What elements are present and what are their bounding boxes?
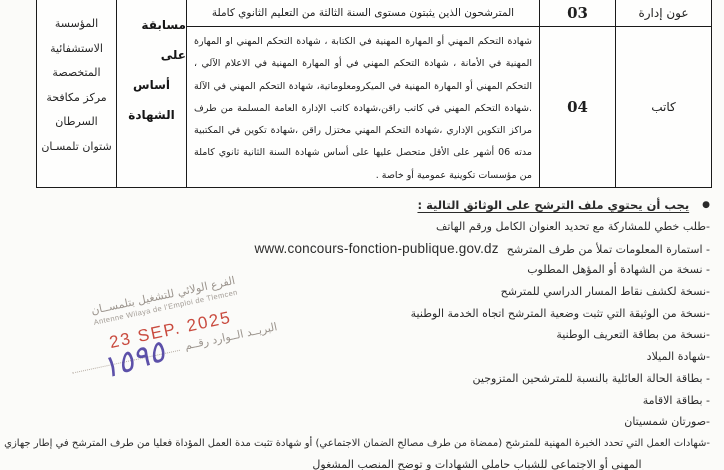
institution-line: شتوان تلمسـان <box>41 135 111 160</box>
requirements-row2: شهادة التحكم المهني أو المهارة المهنية ف… <box>187 27 539 187</box>
bullet-icon: ● <box>702 194 710 216</box>
column-competition-basis: مسابقة على أساس الشهادة <box>116 0 186 187</box>
doc-item-work-certificates: -شهادات العمل التي تحدد الخبرة المهنية ل… <box>14 433 710 455</box>
registration-url: www.concours-fonction-publique.gov.dz <box>254 238 498 260</box>
basis-line: مسابقة على <box>117 10 186 70</box>
requirement-line: التحكم المهني أو المهارة المهنية في المي… <box>194 76 532 98</box>
doc-item-photos: -صورتان شمسيتان <box>14 411 710 433</box>
institution-line: السرطان <box>55 110 97 135</box>
column-post-count: 03 04 <box>539 0 615 187</box>
institution-line: الاستشفائية <box>50 37 103 62</box>
doc-item-residence-card: - بطاقة الاقامة <box>14 390 710 412</box>
post-count-row1: 03 <box>540 0 615 27</box>
column-job-title: عون إدارة كاتب <box>615 0 711 187</box>
basis-line: الشهادة <box>128 100 175 130</box>
scanned-announcement-page: عون إدارة كاتب 03 04 المترشحون الذين يثب… <box>0 0 724 470</box>
doc-item-information-form: - استمارة المعلومات تملأ من طرف المترشح … <box>14 238 710 260</box>
requirements-row1: المترشحون الذين يثبتون مستوى السنة الثال… <box>187 0 539 27</box>
documents-heading: يجب أن يحتوي ملف الترشح على الوثائق التا… <box>417 194 689 216</box>
institution-line: المتخصصة <box>52 61 100 86</box>
doc-item-transcript-copy: -نسخة لكشف نقاط المسار الدراسي للمترشح <box>14 281 710 303</box>
requirement-line: المهنية في الأمانة ، شهادة التحكم المهني… <box>194 53 532 75</box>
column-requirements: المترشحون الذين يثبتون مستوى السنة الثال… <box>186 0 539 187</box>
documents-heading-row: ● يجب أن يحتوي ملف الترشح على الوثائق ال… <box>14 194 710 216</box>
job-title-row2: كاتب <box>616 27 711 187</box>
doc-item-national-service: -نسخة من الوثيقة التي تثبت وضعية المترشح… <box>14 303 710 325</box>
doc-item-work-certificates-continuation: المهني أو الاجتماعي للشباب حاملي الشهادا… <box>304 455 650 470</box>
institution-line: مركز مكافحة <box>46 86 106 111</box>
institution-line: المؤسسة <box>55 12 98 37</box>
doc-item-certificate-copy: - نسخة من الشهادة أو المؤهل المطلوب <box>14 259 710 281</box>
recruitment-table: عون إدارة كاتب 03 04 المترشحون الذين يثب… <box>36 0 712 188</box>
post-count-row2: 04 <box>540 27 615 187</box>
doc-item-id-card-copy: -نسخة من بطاقة التعريف الوطنية <box>14 324 710 346</box>
job-title-row1: عون إدارة <box>616 0 711 27</box>
column-institution: المؤسسة الاستشفائية المتخصصة مركز مكافحة… <box>37 0 116 187</box>
requirement-line: .شهادة التحكم المهني في كاتب راقن،شهادة … <box>194 98 532 120</box>
requirement-line: مراكز التكوين الإداري ،شهادة التحكم المه… <box>194 120 532 142</box>
requirement-line: مدته 06 أشهر على الأقل متحصل عليها على أ… <box>194 142 532 164</box>
requirement-line: شهادة التحكم المهني أو المهارة المهنية ف… <box>194 31 532 53</box>
competition-basis-cell: مسابقة على أساس الشهادة <box>117 0 186 130</box>
doc-item-information-form-text: - استمارة المعلومات تملأ من طرف المترشح <box>507 239 710 261</box>
doc-item-birth-certificate: -شهادة الميلاد <box>14 346 710 368</box>
basis-line: أساس <box>133 70 170 100</box>
requirement-line: من مؤسسات تكوينية عمومية أو خاصة . <box>194 165 532 187</box>
required-documents-section: ● يجب أن يحتوي ملف الترشح على الوثائق ال… <box>14 194 710 470</box>
institution-cell: المؤسسة الاستشفائية المتخصصة مركز مكافحة… <box>37 0 116 159</box>
doc-item-written-request: -طلب خطي للمشاركة مع تحديد العنوان الكام… <box>14 216 710 238</box>
doc-item-family-status-card: - بطاقة الحالة العائلية بالنسبة للمترشحي… <box>14 368 710 390</box>
